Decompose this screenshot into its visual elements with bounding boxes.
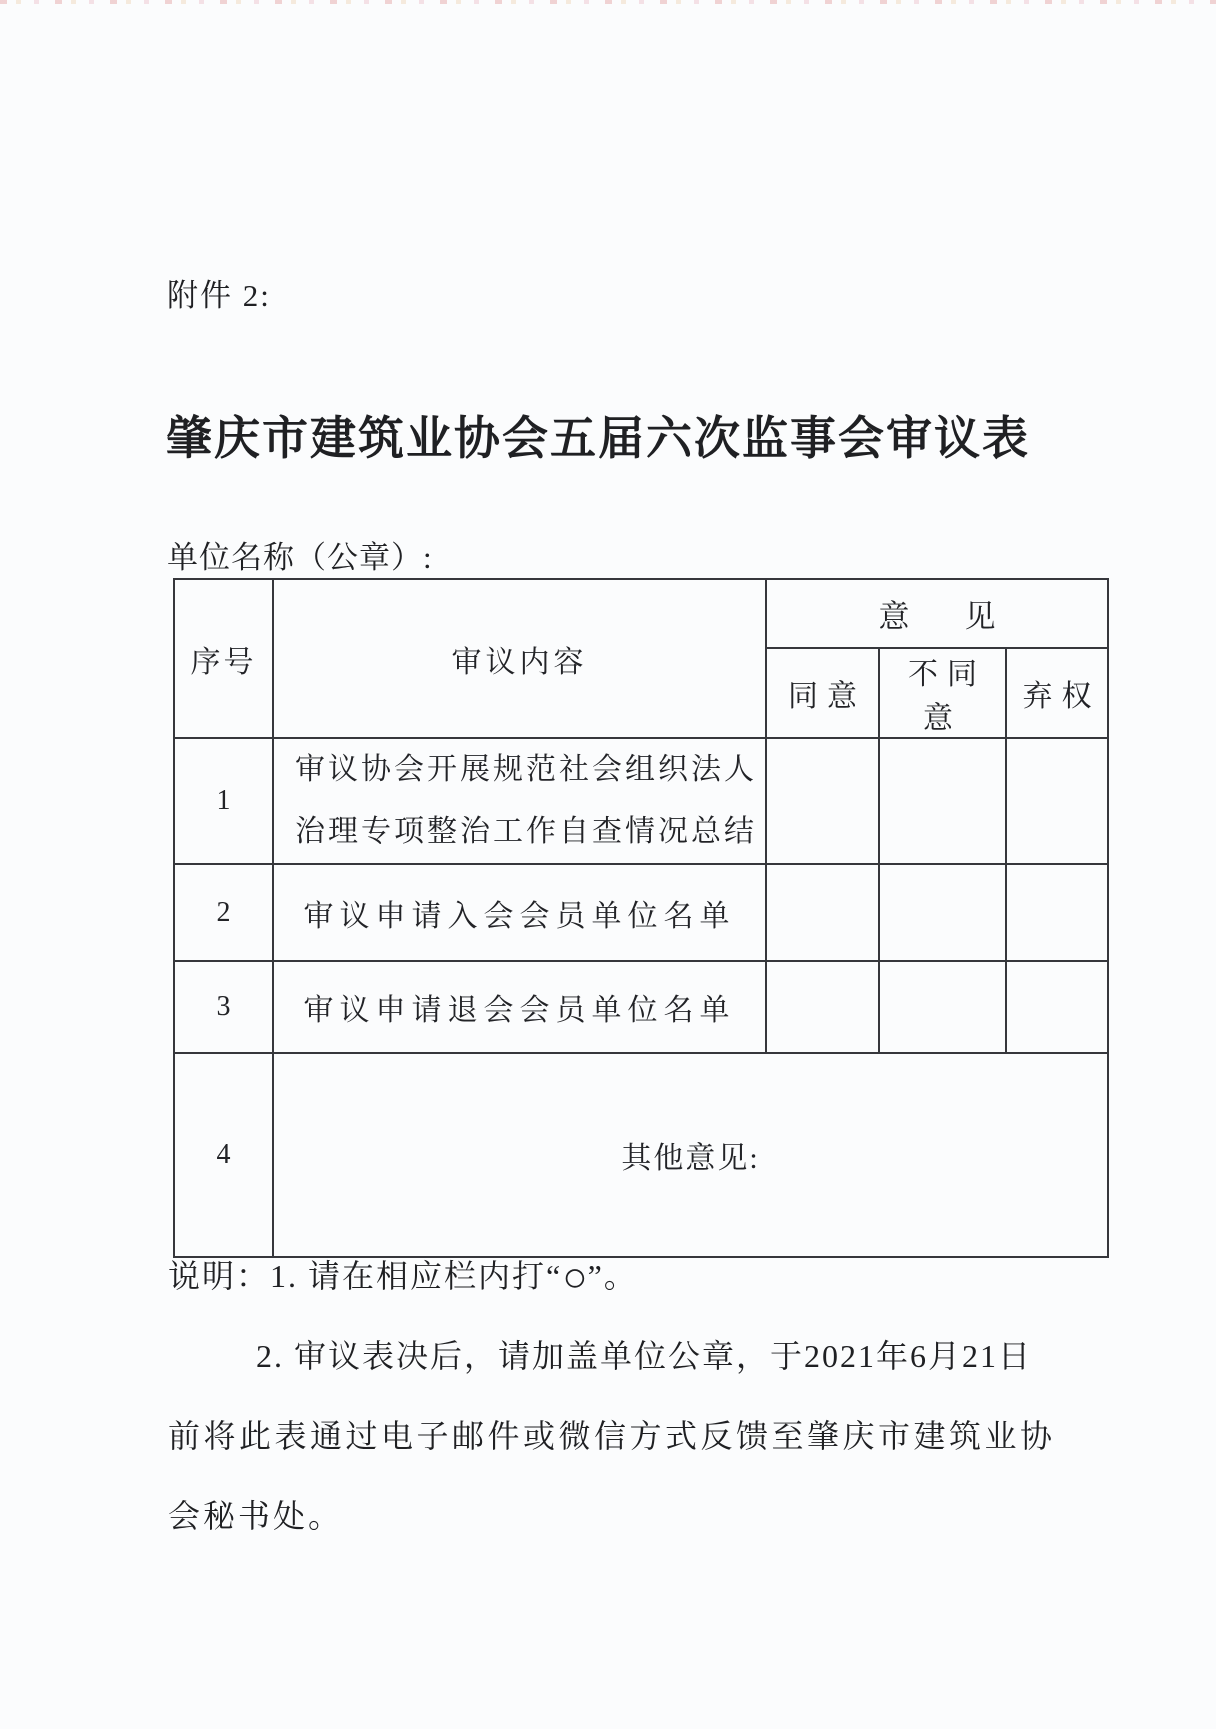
col-header-disagree: 不同意 — [879, 648, 1006, 738]
table-row: 3 审议申请退会会员单位名单 — [174, 961, 1108, 1053]
row-content: 审议协会开展规范社会组织法人 治理专项整治工作自查情况总结 — [273, 738, 766, 864]
vote-cell-disagree — [879, 738, 1006, 864]
vote-cell-agree — [766, 738, 879, 864]
circle-mark-glyph: ○ — [562, 1255, 587, 1301]
note-line-4: 会秘书处。 — [168, 1494, 343, 1538]
col-header-content: 审议内容 — [273, 579, 766, 738]
page-title: 肇庆市建筑业协会五届六次监事会审议表 — [166, 402, 1030, 468]
note-line-1: 说明：1. 请在相应栏内打“○”。 — [168, 1254, 638, 1298]
vote-cell-agree — [766, 961, 879, 1053]
note-line-2: 2. 审议表决后，请加盖单位公章，于2021年6月21日 — [256, 1334, 1032, 1378]
vote-cell-abstain — [1006, 961, 1108, 1053]
attachment-label: 附件 2: — [167, 270, 271, 315]
scan-artifact-top — [0, 0, 1216, 4]
review-table: 序号 审议内容 意 见 同意 不同意 弃权 1 审议协会开展规范社会组织法人 治… — [173, 578, 1109, 1258]
row-content: 审议申请入会会员单位名单 — [273, 864, 766, 961]
other-opinion-label: 其他意见: — [274, 1133, 1107, 1177]
vote-cell-disagree — [879, 961, 1006, 1053]
col-header-index: 序号 — [174, 579, 273, 738]
row-content-line: 审议协会开展规范社会组织法人 — [287, 739, 765, 801]
row-content-line: 治理专项整治工作自查情况总结 — [287, 801, 765, 863]
table-row: 1 审议协会开展规范社会组织法人 治理专项整治工作自查情况总结 — [174, 738, 1108, 864]
note-line-1-suffix: ”。 — [588, 1258, 638, 1294]
note-line-1-prefix: 说明：1. 请在相应栏内打“ — [168, 1258, 562, 1294]
vote-cell-agree — [766, 864, 879, 961]
table-row: 4 其他意见: — [174, 1053, 1108, 1257]
table-row: 2 审议申请入会会员单位名单 — [174, 864, 1108, 961]
row-index: 1 — [174, 738, 273, 864]
unit-seal-label: 单位名称（公章）: — [167, 532, 433, 577]
col-header-agree: 同意 — [766, 648, 879, 738]
col-header-opinion: 意 见 — [766, 579, 1108, 648]
row-content: 审议申请退会会员单位名单 — [273, 961, 766, 1053]
vote-cell-disagree — [879, 864, 1006, 961]
row-index: 2 — [174, 864, 273, 961]
vote-cell-abstain — [1006, 738, 1108, 864]
col-header-abstain: 弃权 — [1006, 648, 1108, 738]
row-index: 3 — [174, 961, 273, 1053]
table-header-row-1: 序号 审议内容 意 见 — [174, 579, 1108, 648]
note-line-3: 前将此表通过电子邮件或微信方式反馈至肇庆市建筑业协 — [168, 1414, 1056, 1458]
row-index: 4 — [174, 1053, 273, 1257]
vote-cell-abstain — [1006, 864, 1108, 961]
other-opinion-cell: 其他意见: — [273, 1053, 1108, 1257]
